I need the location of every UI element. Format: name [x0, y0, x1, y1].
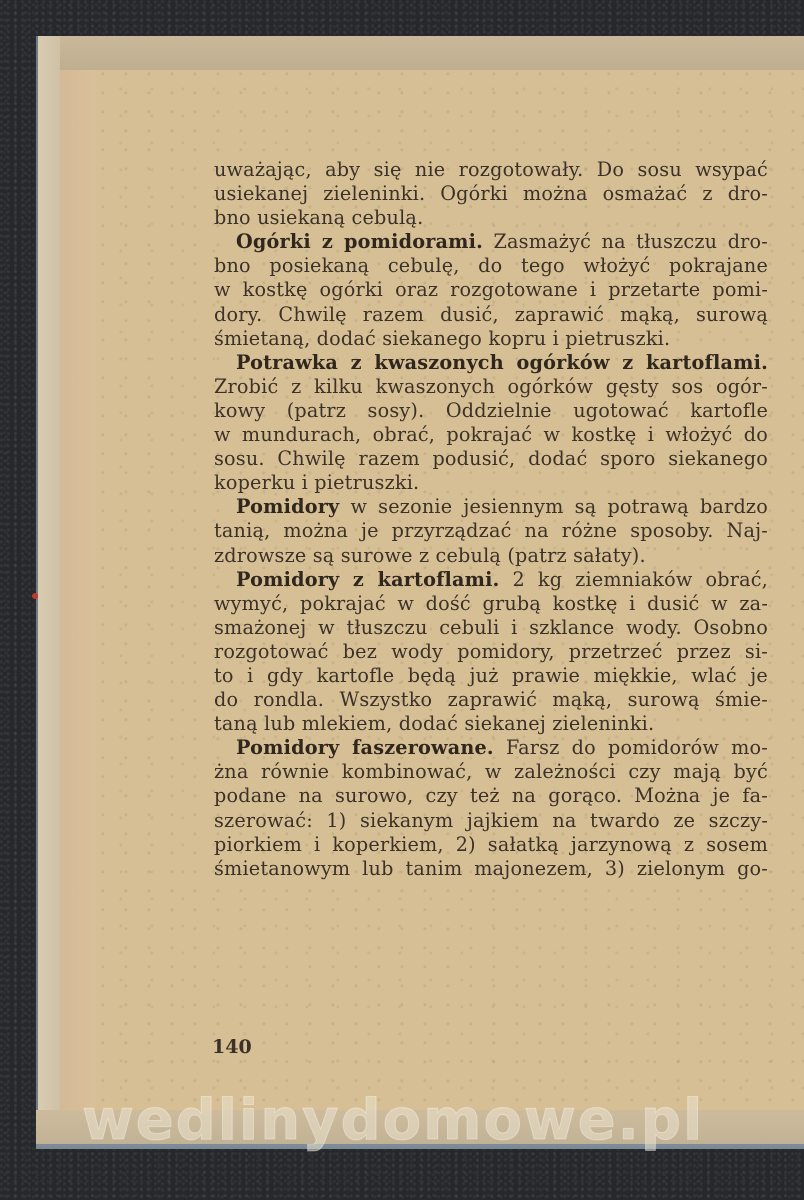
text-line: sosu. Chwilę razem podusić, dodać sporo … — [214, 447, 768, 471]
binding-edge — [38, 36, 60, 1146]
paragraph-ogorki-z-pomidorami: Ogórki z pomidorami. Zasmażyć na tłuszcz… — [214, 230, 768, 350]
paragraph-potrawka: Potrawka z kwaszonych ogórków z kartofla… — [214, 351, 768, 496]
text-fragment: Farsz do pomidorów mo- — [494, 736, 768, 759]
text-line: smażonej w tłuszczu cebuli i szklance wo… — [214, 616, 768, 640]
text-line: usiekanej zieleninki. Ogórki można osmaż… — [214, 182, 768, 206]
recipe-heading: Pomidory z kartoflami. — [236, 568, 500, 591]
recipe-heading: Potrawka z kwaszonych ogórków z kartofla… — [236, 351, 768, 374]
page-number: 140 — [212, 1036, 252, 1058]
text-line: Pomidory w sezonie jesiennym są potrawą … — [214, 495, 768, 519]
text-fragment: 2 kg ziemniaków obrać, — [500, 568, 768, 591]
page-gutter-strip — [60, 70, 96, 1110]
recipe-heading: Ogórki z pomidorami. — [236, 230, 483, 253]
text-line: uważając, aby się nie rozgotowały. Do so… — [214, 158, 768, 182]
red-ink-mark — [32, 593, 38, 599]
paragraph-pomidory: Pomidory w sezonie jesiennym są potrawą … — [214, 495, 768, 567]
text-line: zdrowsze są surowe z cebulą (patrz sałat… — [214, 544, 768, 568]
text-fragment: w sezonie jesiennym są potrawą bardzo — [339, 495, 768, 518]
text-line: śmietanowym lub tanim majonezem, 3) ziel… — [214, 857, 768, 881]
paragraph-pomidory-faszerowane: Pomidory faszerowane. Farsz do pomidorów… — [214, 736, 768, 881]
paragraph-pomidory-z-kartoflami: Pomidory z kartoflami. 2 kg ziemniaków o… — [214, 568, 768, 737]
text-line: do rondla. Wszystko zaprawić mąką, surow… — [214, 688, 768, 712]
text-line: rozgotować bez wody pomidory, przetrzeć … — [214, 640, 768, 664]
text-line: podane na surowo, czy też na gorąco. Moż… — [214, 784, 768, 808]
text-line: to i gdy kartofle będą już prawie miękki… — [214, 664, 768, 688]
text-line: wymyć, pokrajać w dość grubą kostkę i du… — [214, 592, 768, 616]
text-line: w mundurach, obrać, pokrajać w kostkę i … — [214, 423, 768, 447]
text-line: koperku i pietruszki. — [214, 471, 768, 495]
recipe-heading: Pomidory faszerowane. — [236, 736, 494, 759]
text-line: Zrobić z kilku kwaszonych ogórków gęsty … — [214, 375, 768, 399]
recipe-heading: Pomidory — [236, 495, 339, 518]
text-line: bno posiekaną cebulę, do tego włożyć pok… — [214, 254, 768, 278]
text-line: Potrawka z kwaszonych ogórków z kartofla… — [214, 351, 768, 375]
text-line: w kostkę ogórki oraz rozgotowane i przet… — [214, 278, 768, 302]
text-line: żna równie kombinować, w zależności czy … — [214, 760, 768, 784]
page-text: uważając, aby się nie rozgotowały. Do so… — [214, 158, 768, 881]
text-line: taną lub mlekiem, dodać siekanej zieleni… — [214, 712, 768, 736]
text-line: bno usiekaną cebulą. — [214, 206, 768, 230]
text-line: Pomidory faszerowane. Farsz do pomidorów… — [214, 736, 768, 760]
top-tape-edge — [38, 36, 804, 71]
text-line: dory. Chwilę razem dusić, zaprawić mąką,… — [214, 303, 768, 327]
text-line: kowy (patrz sosy). Oddzielnie ugotować k… — [214, 399, 768, 423]
text-line: śmietaną, dodać siekanego kopru i pietru… — [214, 327, 768, 351]
text-line: tanią, można je przyrządzać na różne spo… — [214, 519, 768, 543]
paragraph-continuation: uważając, aby się nie rozgotowały. Do so… — [214, 158, 768, 230]
watermark: wedlinydomowe.pl — [82, 1088, 704, 1153]
text-line: Pomidory z kartoflami. 2 kg ziemniaków o… — [214, 568, 768, 592]
text-line: szerować: 1) siekanym jajkiem na twardo … — [214, 809, 768, 833]
text-line: piorkiem i koperkiem, 2) sałatką jarzyno… — [214, 833, 768, 857]
text-fragment: Zasmażyć na tłuszczu dro- — [483, 230, 768, 253]
text-line: Ogórki z pomidorami. Zasmażyć na tłuszcz… — [214, 230, 768, 254]
